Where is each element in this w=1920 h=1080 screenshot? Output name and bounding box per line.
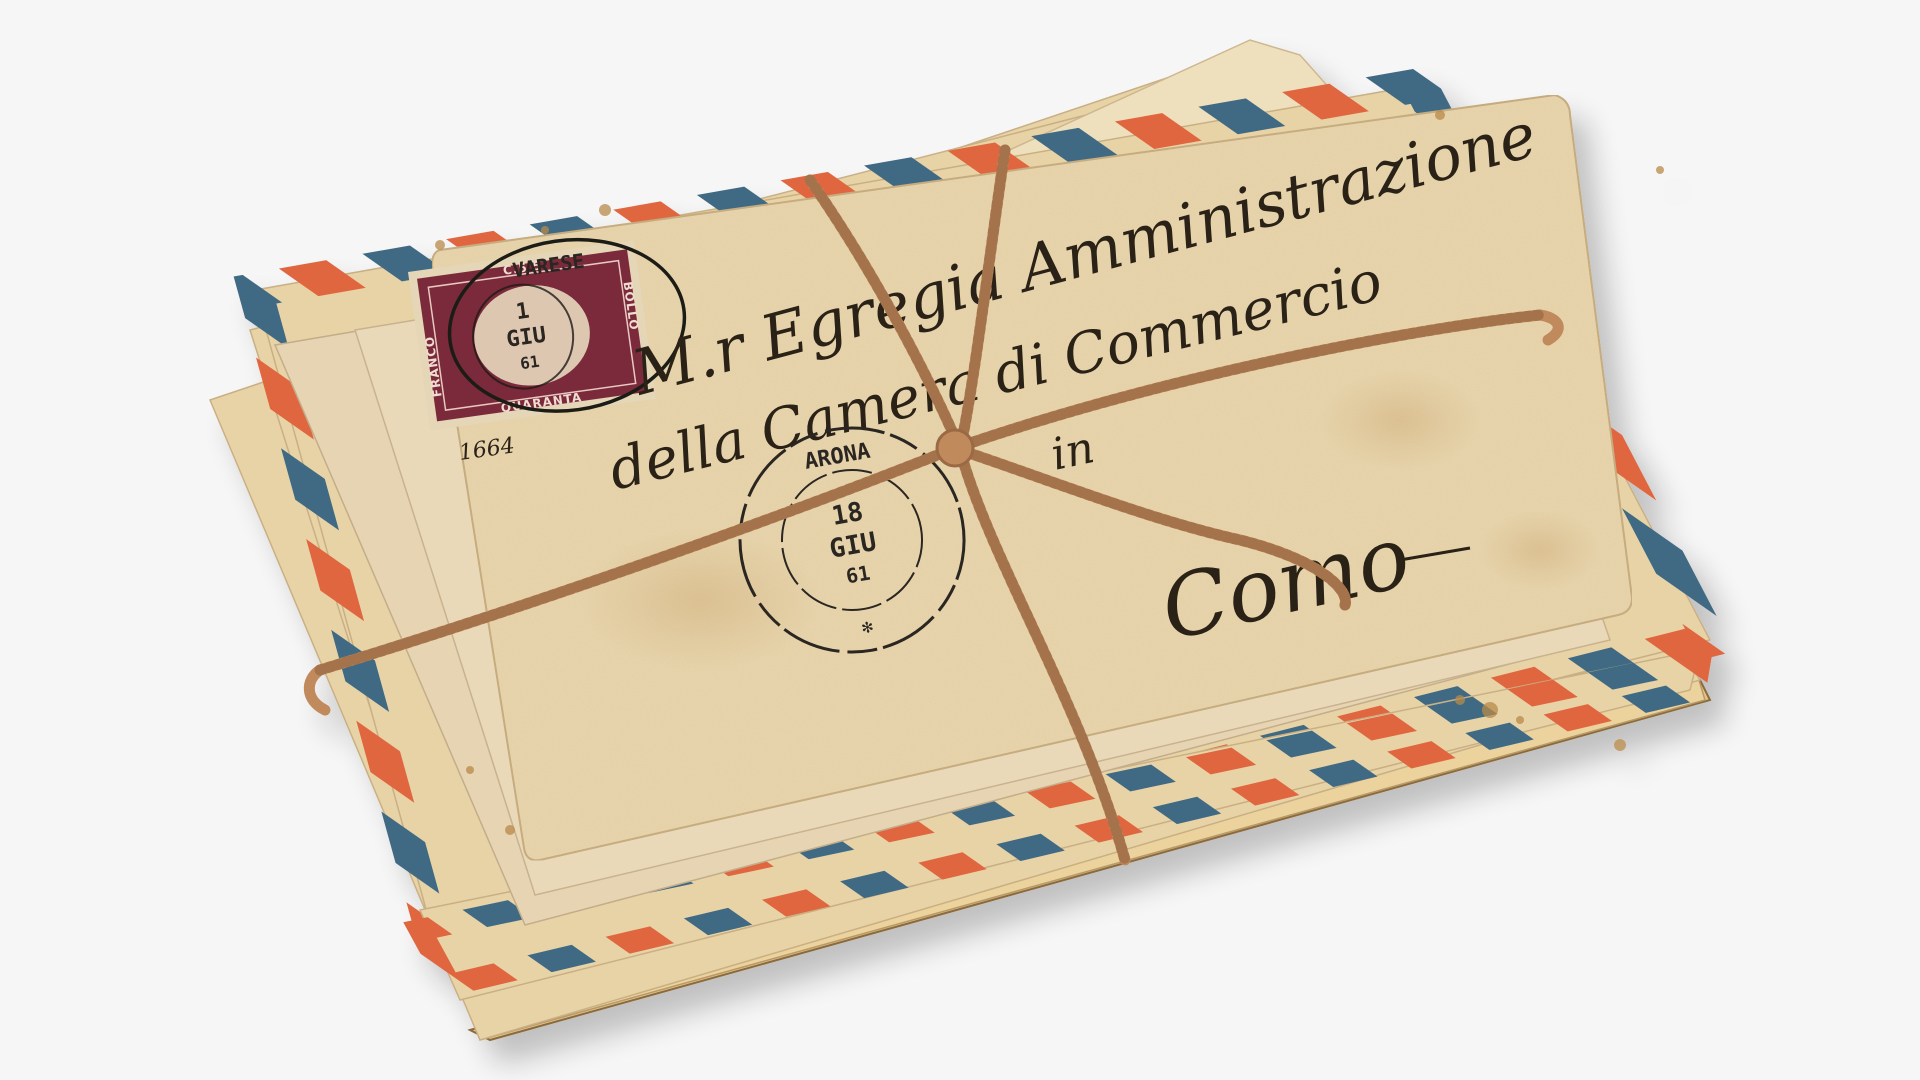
postmark-day: 18	[829, 497, 865, 532]
envelope-stack-scene: C.5 5 QUARANTA FRANCO BOLLO VARESE 1 GIU…	[0, 0, 1920, 1080]
postmark-year: 61	[844, 561, 872, 589]
cancel-year: 61	[519, 352, 541, 373]
